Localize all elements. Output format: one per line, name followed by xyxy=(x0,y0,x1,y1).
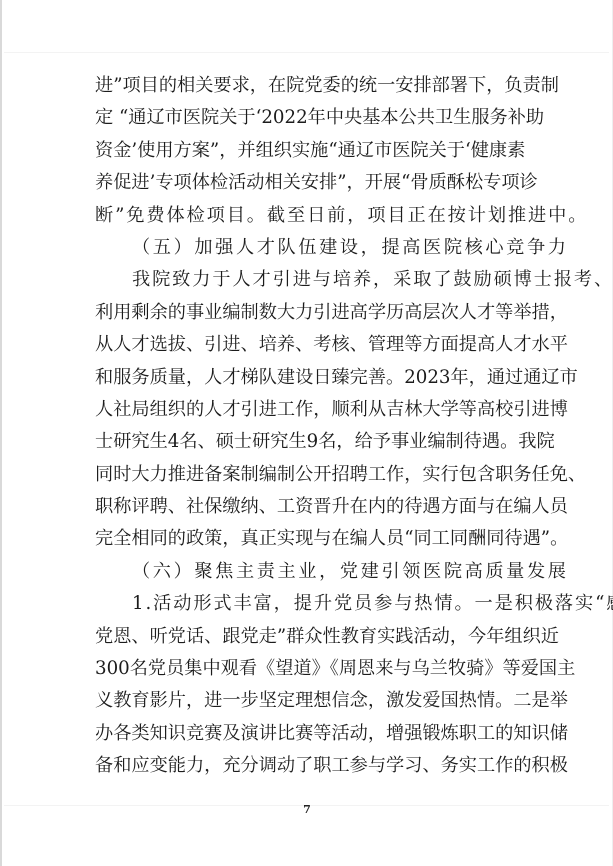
body-line: 士研究生4名、硕士研究生9名，给予事业编制待遇。我院 xyxy=(95,426,521,458)
body-line: 办各类知识竞赛及演讲比赛等活动，增强锻炼职工的知识储 xyxy=(95,718,521,750)
body-line: 同时大力推进备案制编制公开招聘工作，实行包含职务任免、 xyxy=(95,459,521,491)
body-line: 从人才选拔、引进、培养、考核、管理等方面提高人才水平 xyxy=(95,329,521,361)
paragraph-first-line: 我院致力于人才引进与培养，采取了鼓励硕博士报考、 xyxy=(95,264,521,296)
body-line: 养促进’专项体检活动相关安排”，开展“骨质酥松专项诊 xyxy=(95,167,521,199)
body-line: 进”项目的相关要求，在院党委的统一安排部署下，负责制 xyxy=(95,70,521,102)
body-line: 定 “通辽市医院关于‘2022年中央基本公共卫生服务补助 xyxy=(95,102,521,134)
paragraph-first-line: 1.活动形式丰富，提升党员参与热情。一是积极落实“感 xyxy=(95,588,521,620)
body-line: 义教育影片，进一步坚定理想信念，激发爱国热情。二是举 xyxy=(95,685,521,717)
page-edge-left xyxy=(0,0,2,866)
body-line: 党恩、听党话、跟党走”群众性教育实践活动，今年组织近 xyxy=(95,621,521,653)
body-line: 人社局组织的人才引进工作，顺利从吉林大学等高校引进博 xyxy=(95,394,521,426)
body-line: 职称评聘、社保缴纳、工资晋升在内的待遇方面与在编人员 xyxy=(95,491,521,523)
body-line: 断”免费体检项目。截至日前，项目正在按计划推进中。 xyxy=(95,200,521,232)
document-body: 进”项目的相关要求，在院党委的统一安排部署下，负责制 定 “通辽市医院关于‘20… xyxy=(95,70,521,783)
section-heading-six: （六）聚焦主责主业，党建引领医院高质量发展 xyxy=(95,556,521,588)
body-line: 备和应变能力，充分调动了职工参与学习、务实工作的积极 xyxy=(95,750,521,782)
scan-artifact-band xyxy=(4,52,609,53)
body-line: 利用剩余的事业编制数大力引进高学历高层次人才等举措， xyxy=(95,297,521,329)
body-line: 完全相同的政策，真正实现与在编人员“同工同酬同待遇”。 xyxy=(95,523,521,555)
body-line: 和服务质量，人才梯队建设日臻完善。2023年，通过通辽市 xyxy=(95,362,521,394)
section-heading-five: （五）加强人才队伍建设，提高医院核心竞争力 xyxy=(95,232,521,264)
body-line: 资金’使用方案”，并组织实施“通辽市医院关于‘健康素 xyxy=(95,135,521,167)
page-number: 7 xyxy=(302,803,312,816)
body-line: 300名党员集中观看《望道》《周恩来与乌兰牧骑》等爱国主 xyxy=(95,653,521,685)
